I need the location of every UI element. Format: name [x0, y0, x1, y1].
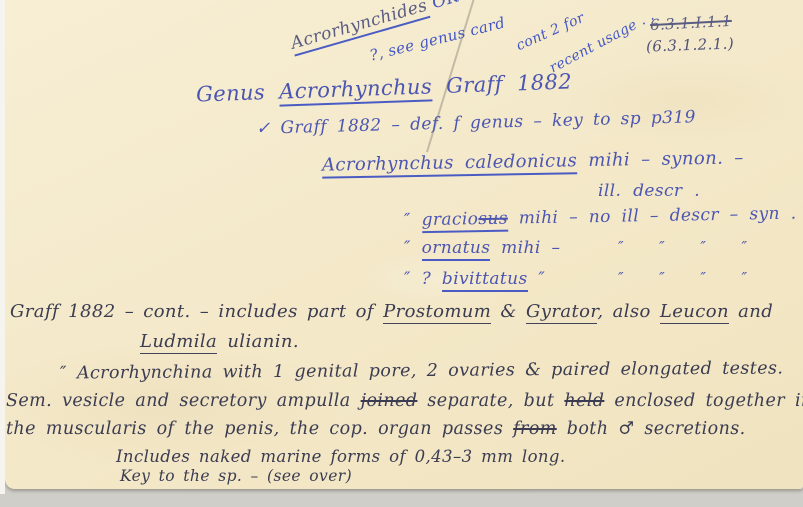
ampersand: &: [500, 301, 516, 322]
diagnosis-text: both ♂ secretions.: [567, 419, 746, 439]
ludmila-line: Ludmila ulianin.: [140, 331, 299, 352]
genus-name: Acrorhynchus: [279, 74, 433, 106]
diagnosis-text: separate, but: [427, 391, 554, 411]
diagnosis-line-2: Sem. vesicle and secretory ampulla joine…: [6, 391, 803, 411]
species-row-ornatus: ″ ornatus mihi –: [404, 238, 560, 258]
species-caledonicus-cont: ill. descr .: [598, 181, 700, 201]
diagnosis-text: enclosed together in: [614, 391, 803, 411]
species-row-bivittatus: ″ ? bivittatus ″: [404, 269, 545, 289]
ditto-mark: ″: [404, 210, 411, 230]
card-left-edge: [0, 0, 5, 494]
genus-prostomum: Prostomum: [383, 301, 491, 324]
species-name-struck: sus: [478, 209, 508, 230]
species-notes: – no ill – descr – syn .: [569, 204, 797, 228]
struck-word-from: from: [513, 419, 557, 439]
species-notes-dittos: ″ ″ ″ ″: [618, 269, 748, 287]
diagnosis-line-3: the muscularis of the penis, the cop. or…: [6, 419, 746, 439]
ulianin-text: ulianin.: [227, 331, 299, 352]
species-author: mihi –: [501, 238, 560, 258]
species-name: Acrorhynchus caledonicus: [322, 150, 578, 178]
graff-cont-line: Graff 1882 – cont. – includes part of Pr…: [10, 301, 773, 322]
size-note-line: Includes naked marine forms of 0,43–3 mm…: [116, 447, 566, 466]
species-author: ″: [538, 269, 545, 289]
genus-label: Genus: [196, 80, 266, 106]
scanned-index-card: Acrorhynchides OK ?, see genus card cont…: [0, 0, 803, 507]
genus-author: Graff 1882: [446, 69, 573, 97]
code-new: (6.3.1.2.1.): [646, 34, 735, 55]
species-name: ornatus: [422, 238, 491, 261]
diagnosis-text: Sem. vesicle and secretory ampulla: [6, 391, 351, 411]
species-name-part: gracio: [421, 209, 478, 230]
struck-word-joined: joined: [361, 391, 418, 411]
species-author: mihi: [519, 208, 559, 229]
ditto-mark: ″: [404, 269, 411, 289]
ditto-mark: ″: [404, 238, 411, 258]
checkmark: ✓: [256, 118, 271, 138]
key-note-line: Key to the sp. – (see over): [120, 467, 352, 485]
also-text: , also: [597, 301, 650, 322]
graff-cont-text: Graff 1882 – cont. – includes part of: [10, 301, 374, 322]
species-name: bivittatus: [442, 269, 528, 292]
genus-gyrator: Gyrator: [526, 301, 597, 324]
question-mark: ?: [422, 269, 432, 289]
struck-word-held: held: [564, 391, 604, 411]
genus-ludmila: Ludmila: [140, 331, 217, 354]
species-notes: mihi – synon. –: [588, 147, 744, 171]
species-notes-dittos: ″ ″ ″ ″: [618, 238, 748, 256]
diagnosis-text: the muscularis of the penis, the cop. or…: [6, 419, 503, 439]
species-name: graciosus: [421, 209, 508, 234]
genus-leucon: Leucon: [660, 301, 729, 324]
and-text: and: [738, 301, 773, 322]
